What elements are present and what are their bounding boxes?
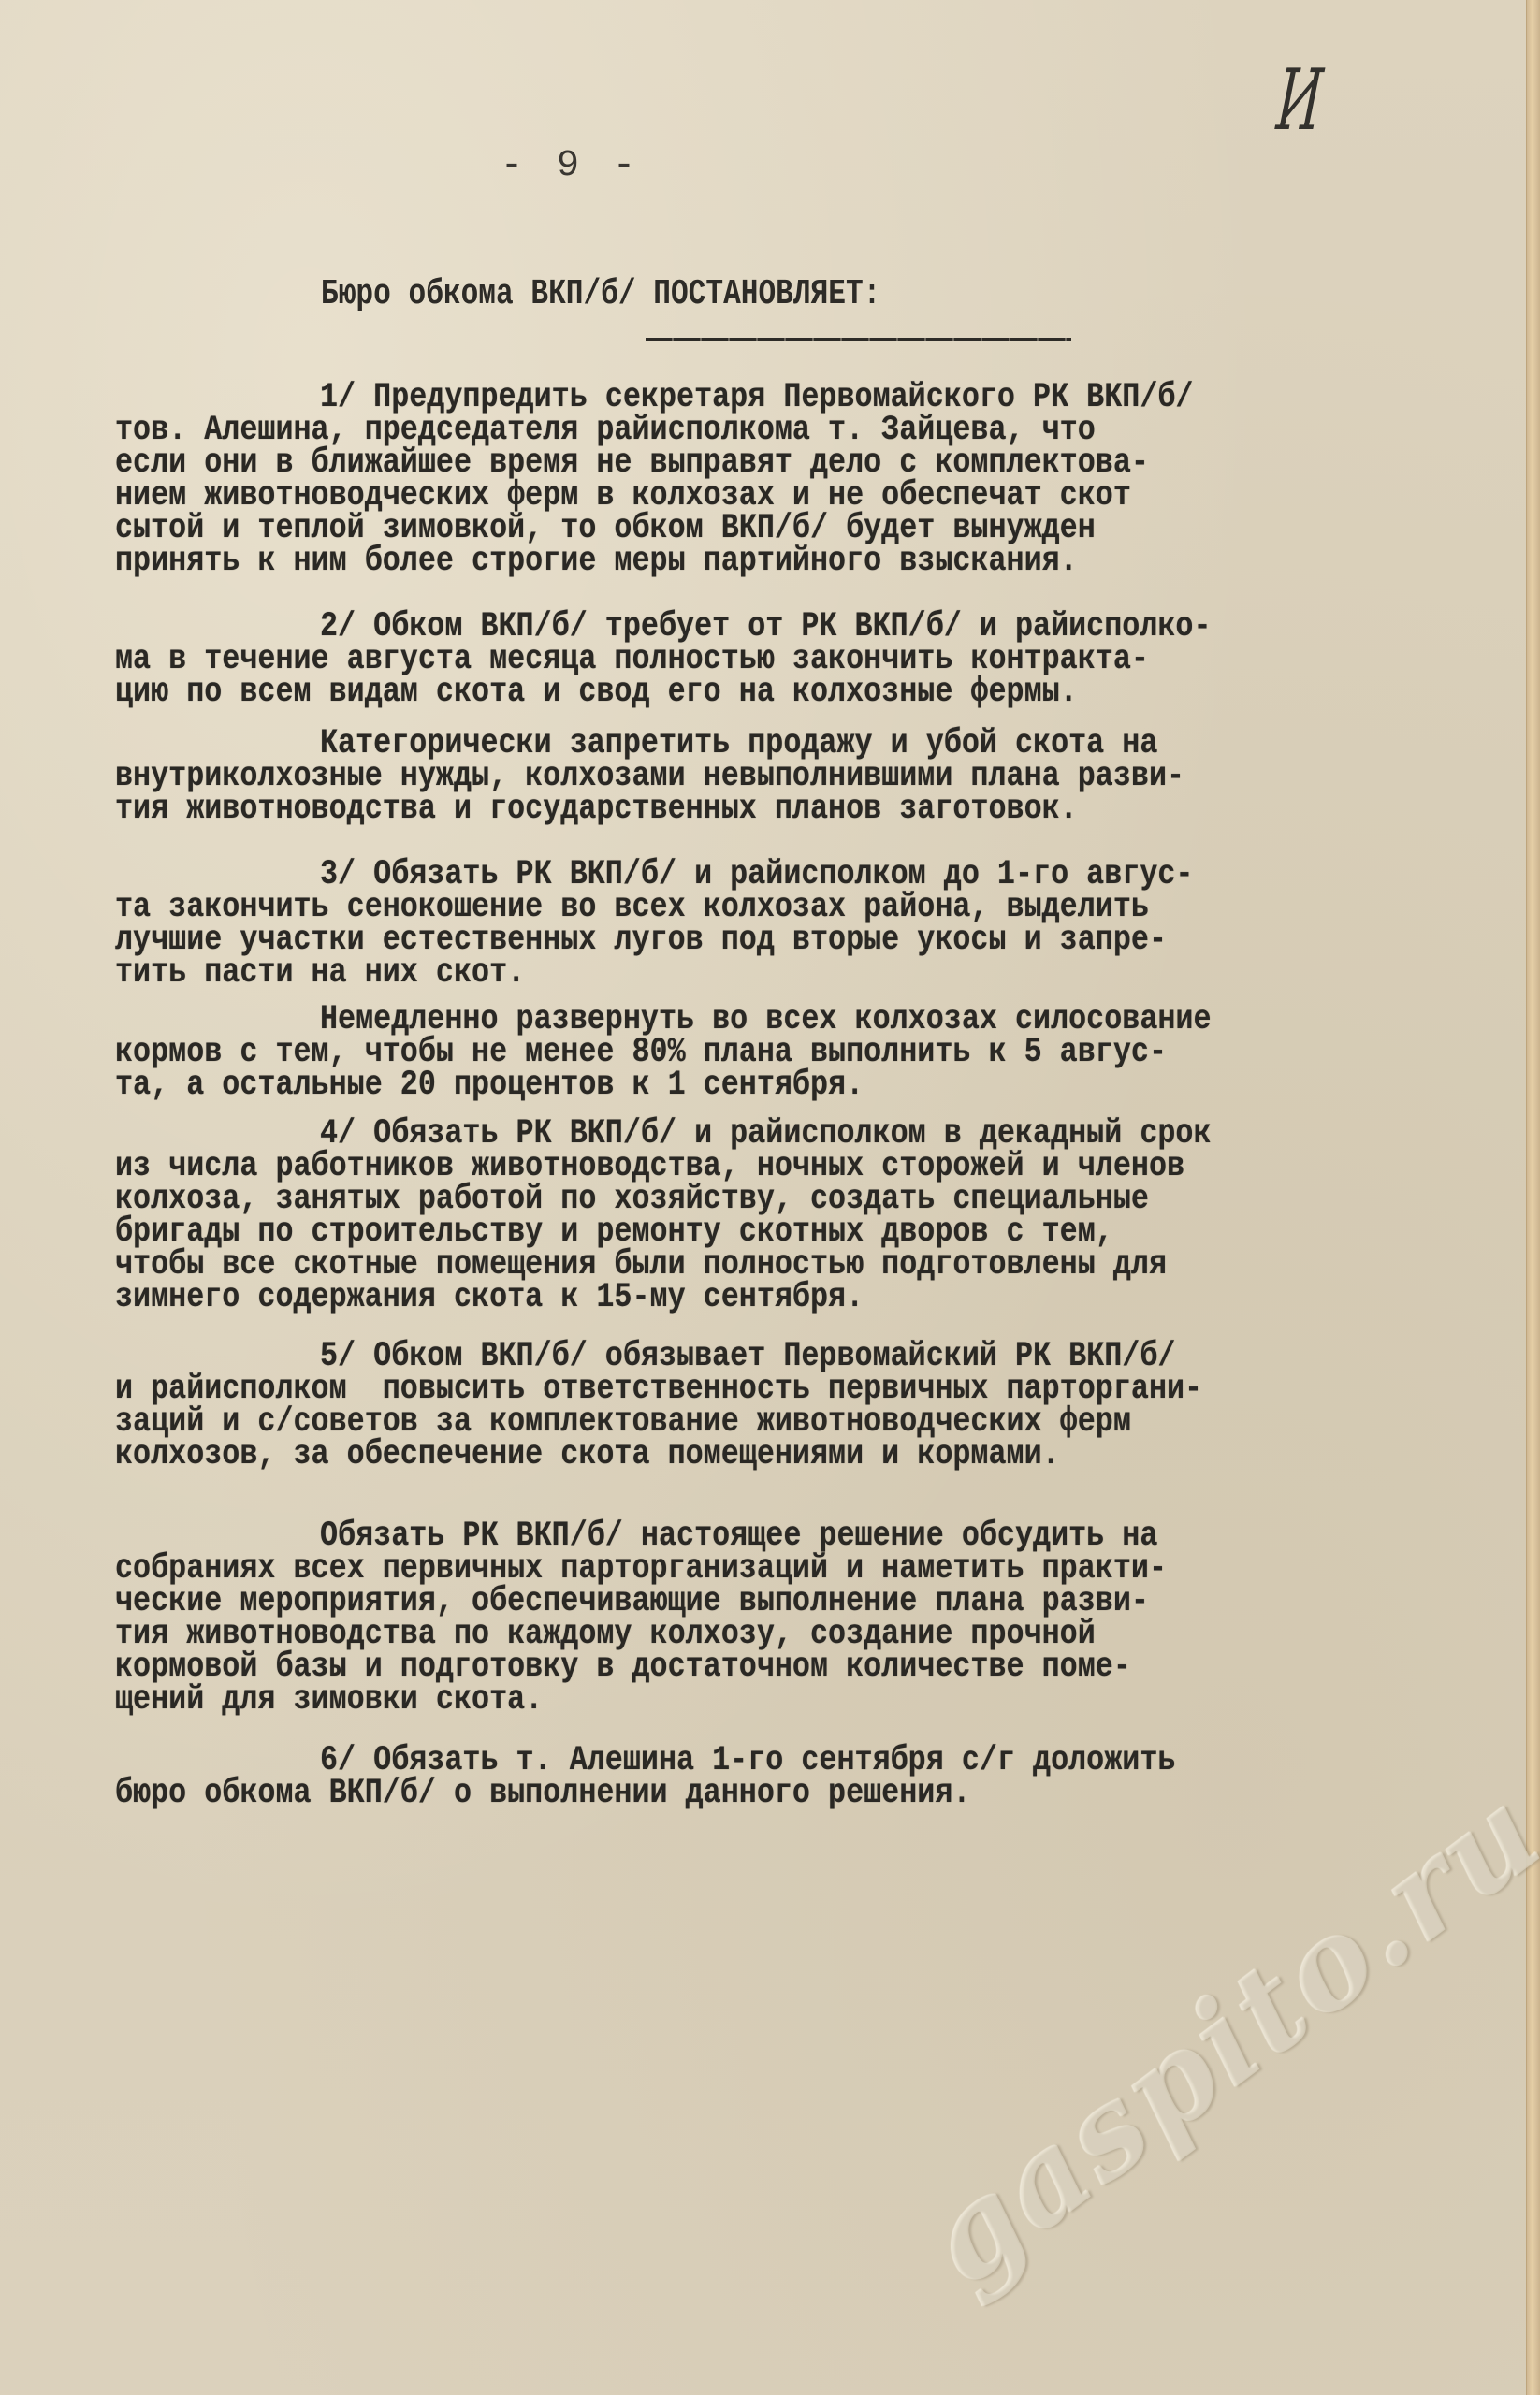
resolution-heading: Бюро обкома ВКП/б/ ПОСТАНОВЛЯЕТ:: [321, 274, 880, 314]
embossed-watermark: gaspito.ru: [898, 1759, 1540, 2313]
text-line: та, а остальные 20 процентов к 1 сентябр…: [115, 1068, 864, 1103]
text-line: зимнего содержания скота к 15-му сентябр…: [115, 1281, 864, 1315]
text-line: тить пасти на них скот.: [115, 956, 525, 991]
text-line: принять к ним более строгие меры партийн…: [115, 544, 1078, 579]
paper-edge: [1526, 0, 1540, 2395]
text-line: бюро обкома ВКП/б/ о выполнении данного …: [115, 1777, 970, 1811]
text-line: тия животноводства и государственных пла…: [115, 792, 1078, 827]
page-number: - 9 -: [501, 145, 641, 187]
handwritten-sheet-mark: И: [1273, 51, 1324, 150]
archival-document-page: И - 9 - Бюро обкома ВКП/б/ ПОСТАНОВЛЯЕТ:…: [0, 0, 1540, 2395]
text-line: щений для зимовки скота.: [115, 1683, 543, 1718]
text-line: цию по всем видам скота и свод его на ко…: [115, 675, 1078, 710]
heading-underline: [646, 338, 1071, 341]
text-line: колхозов, за обеспечение скота помещения…: [115, 1438, 1060, 1473]
